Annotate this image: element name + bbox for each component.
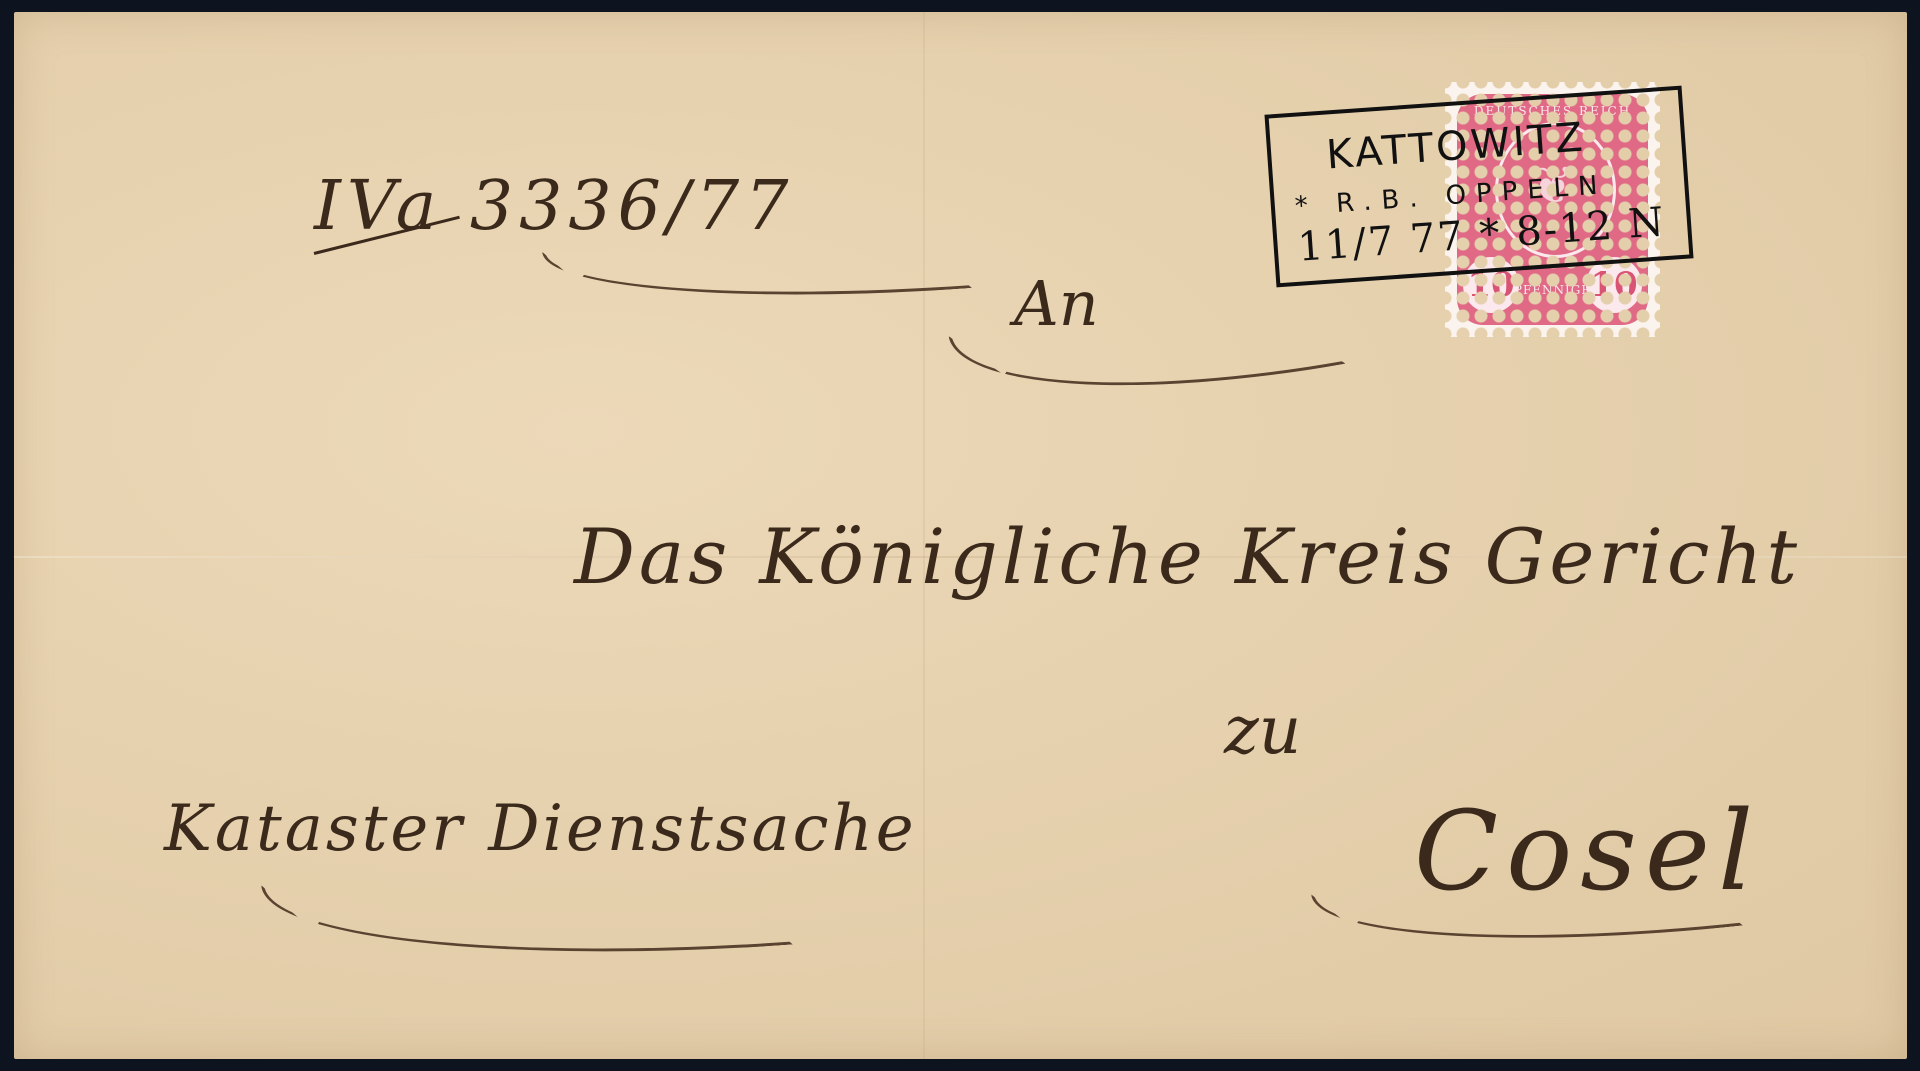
flourish: [261, 849, 792, 981]
stamp-value-right: 10: [1586, 257, 1642, 313]
flourish: [949, 269, 1346, 431]
postmark: KATTOWITZ * R.B. OPPELN 11/7 77 * 8-12 N: [1264, 86, 1693, 288]
addressee: Das Königliche Kreis Gericht: [574, 512, 1801, 601]
preposition: zu: [1224, 692, 1301, 769]
service-marking: Kataster Dienstsache: [164, 792, 917, 866]
postmark-town: KATTOWITZ: [1325, 115, 1587, 179]
